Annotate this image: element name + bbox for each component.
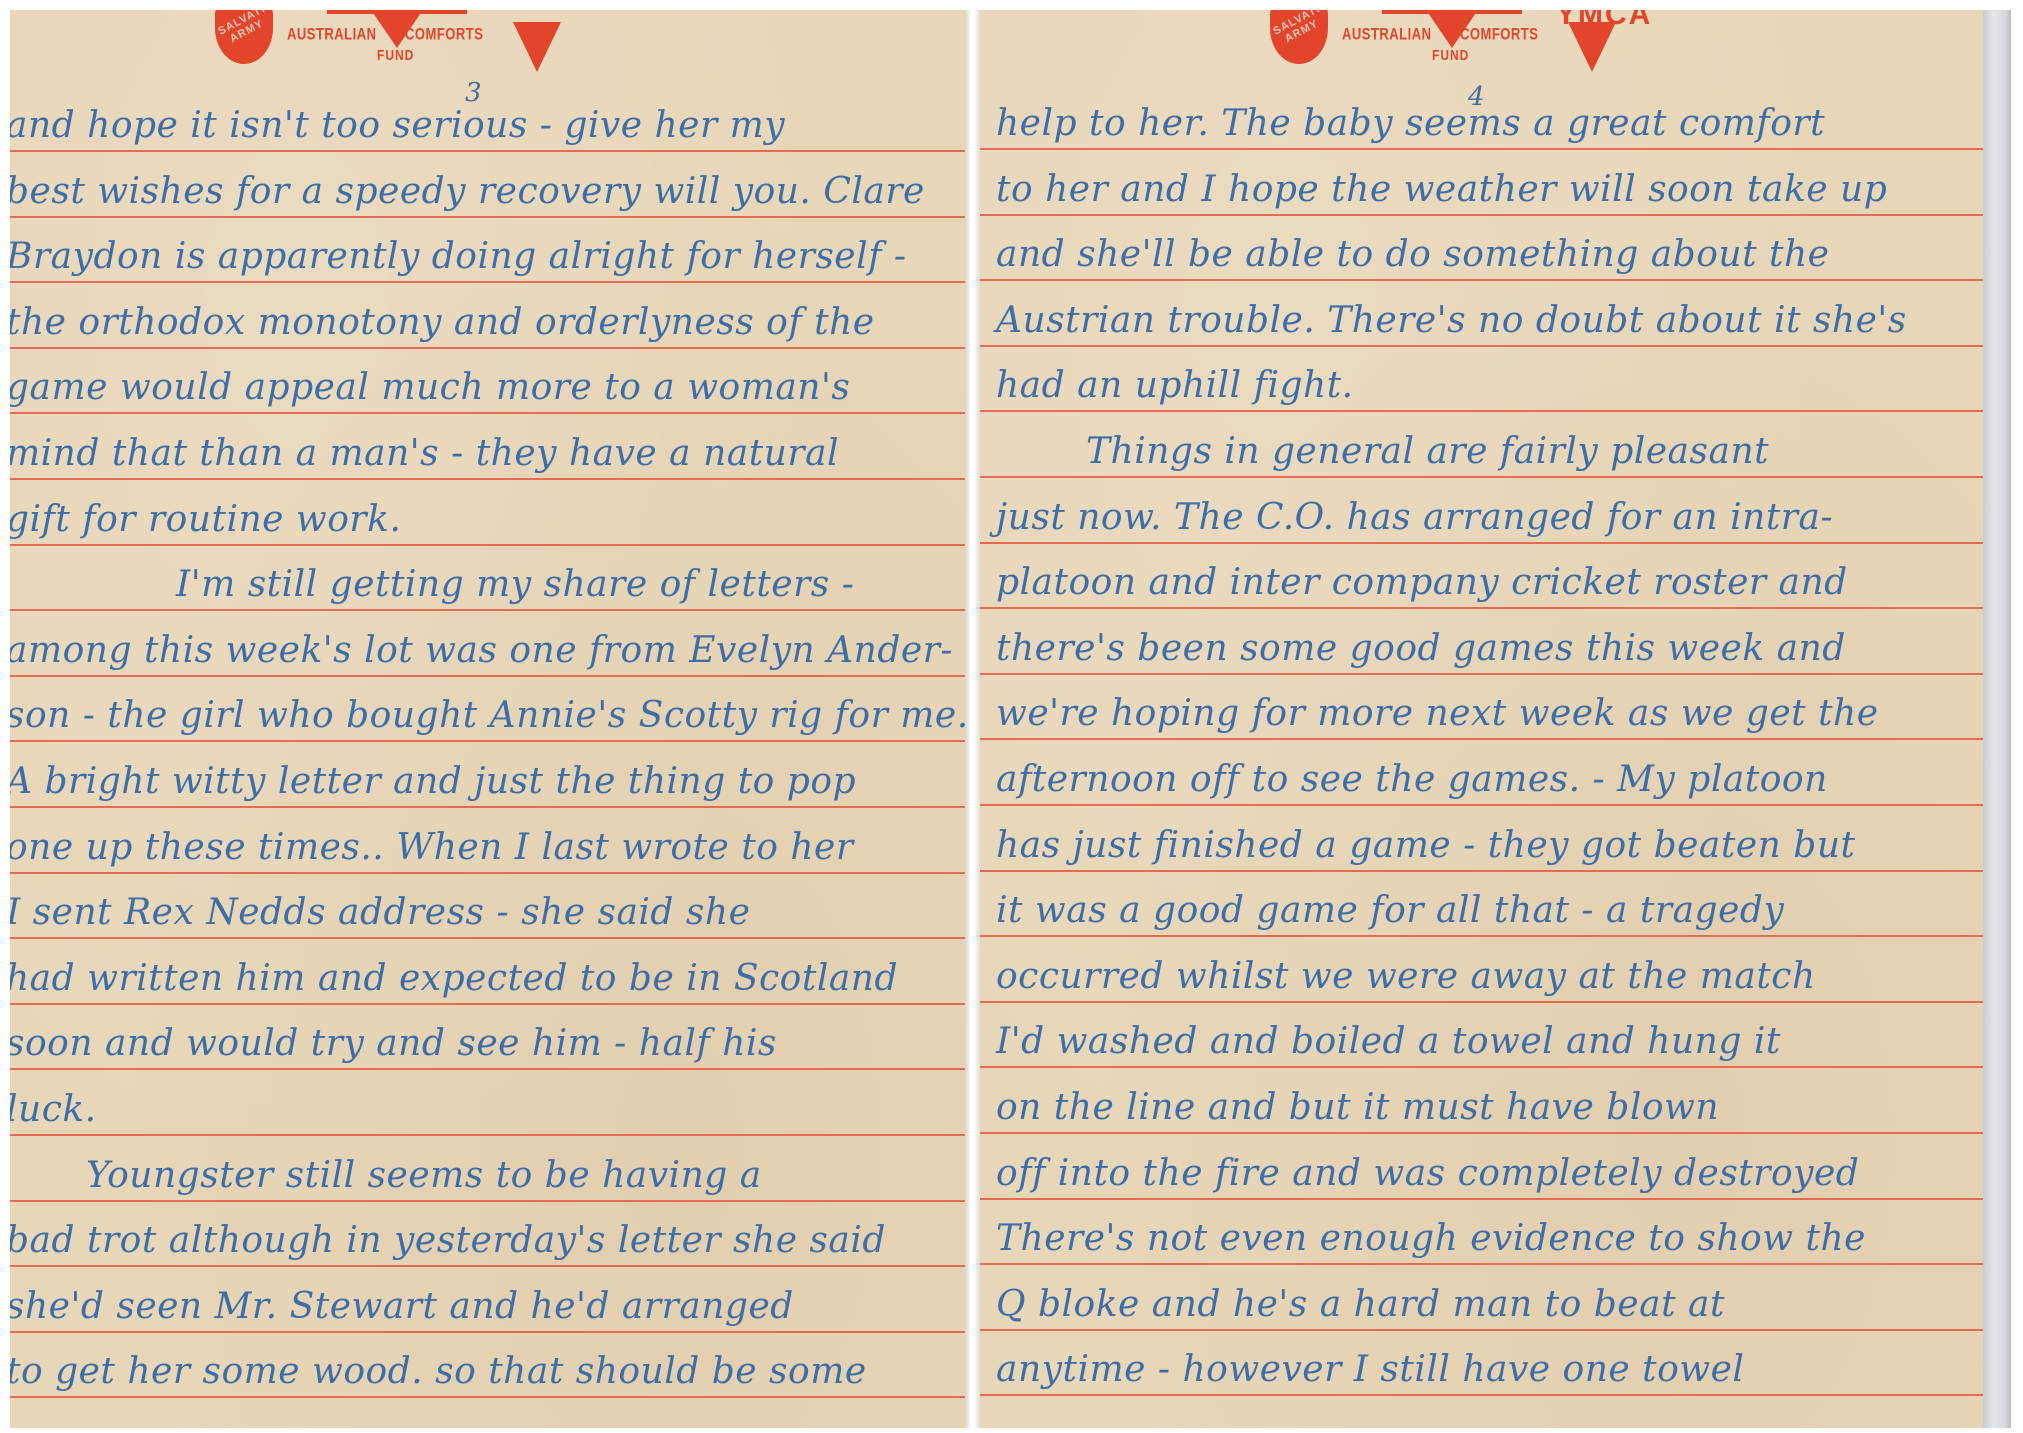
page-number: 3: [465, 78, 482, 108]
ruled-line: [980, 607, 1983, 609]
handwritten-line: Braydon is apparently doing alright for …: [10, 237, 907, 277]
ruled-line: [10, 1068, 965, 1070]
handwritten-line: I sent Rex Nedds address - she said she: [10, 893, 750, 933]
handwritten-line: to get her some wood. so that should be …: [10, 1352, 867, 1392]
ruled-line: [980, 1001, 1983, 1003]
handwritten-line: she'd seen Mr. Stewart and he'd arranged: [10, 1287, 794, 1327]
handwritten-line: Q bloke and he's a hard man to beat at: [996, 1285, 1725, 1325]
ruled-line: [10, 347, 965, 349]
letterhead: SALVATION ARMY AUSTRALIAN COMFORTS FUND …: [215, 10, 611, 74]
handwritten-line: occurred whilst we were away at the matc…: [996, 957, 1816, 997]
letterhead-fund: FUND: [377, 47, 414, 64]
handwritten-line: help to her. The baby seems a great comf…: [996, 104, 1825, 144]
ruled-line: [10, 544, 965, 546]
ymca-v-icon: [513, 22, 561, 72]
ruled-line: [980, 279, 1983, 281]
handwritten-line: afternoon off to see the games. - My pla…: [996, 760, 1828, 800]
ruled-line: [10, 412, 965, 414]
ruled-line: [10, 281, 965, 283]
ruled-line: [10, 1265, 965, 1267]
letter-page-4: SALVATION ARMY AUSTRALIAN COMFORTS FUND …: [980, 10, 1983, 1428]
ruled-line: [980, 673, 1983, 675]
ruled-line: [10, 1003, 965, 1005]
ruled-line: [10, 216, 965, 218]
handwritten-line: There's not even enough evidence to show…: [996, 1219, 1866, 1259]
ruled-line: [10, 675, 965, 677]
ruled-line: [980, 1394, 1983, 1396]
handwritten-line: has just finished a game - they got beat…: [996, 826, 1855, 866]
ruled-line: [980, 1263, 1983, 1265]
handwritten-line: and hope it isn't too serious - give her…: [10, 106, 785, 146]
ruled-line: [980, 476, 1983, 478]
ymca-logo: YMCA: [1556, 10, 1666, 74]
scanner-edge-shadow: [1983, 10, 2011, 1428]
ruled-line: [10, 609, 965, 611]
handwritten-line: soon and would try and see him - half hi…: [10, 1024, 777, 1064]
letterhead-australian: AUSTRALIAN: [1342, 24, 1432, 44]
ruled-line: [10, 740, 965, 742]
handwritten-line: we're hoping for more next week as we ge…: [996, 694, 1879, 734]
ruled-line: [980, 542, 1983, 544]
handwritten-line: son - the girl who bought Annie's Scotty…: [10, 696, 965, 736]
ruled-line: [10, 150, 965, 152]
ymca-v-icon: [1568, 22, 1616, 72]
letterhead-fund: FUND: [1432, 47, 1469, 64]
handwritten-line: among this week's lot was one from Evely…: [10, 631, 953, 671]
ruled-line: [980, 1132, 1983, 1134]
ruled-line: [980, 148, 1983, 150]
handwritten-line: there's been some good games this week a…: [996, 629, 1846, 669]
ruled-line: [10, 1134, 965, 1136]
salvation-army-shield-icon: SALVATION ARMY: [215, 10, 273, 64]
ruled-line: [10, 806, 965, 808]
ruled-line: [980, 1329, 1983, 1331]
handwritten-line: just now. The C.O. has arranged for an i…: [996, 498, 1833, 538]
ruled-line: [980, 870, 1983, 872]
handwritten-line: had an uphill fight.: [996, 366, 1354, 406]
ruled-line: [10, 937, 965, 939]
handwritten-line: platoon and inter company cricket roster…: [996, 563, 1848, 603]
handwritten-line: luck.: [10, 1090, 97, 1130]
handwritten-line: I'd washed and boiled a towel and hung i…: [996, 1022, 1781, 1062]
page-gutter: [965, 10, 980, 1428]
ruled-line: [980, 410, 1983, 412]
handwritten-line: game would appeal much more to a woman's: [10, 368, 850, 408]
ruled-line: [10, 1200, 965, 1202]
ymca-logo: YMCA: [501, 10, 611, 74]
handwritten-line: had written him and expected to be in Sc…: [10, 959, 898, 999]
shield-label: SALVATION ARMY: [1271, 10, 1326, 48]
handwritten-line: Youngster still seems to be having a: [86, 1156, 762, 1196]
handwritten-line: off into the fire and was completely des…: [996, 1154, 1859, 1194]
shield-label: SALVATION ARMY: [216, 10, 271, 48]
letterhead-comforts: COMFORTS: [405, 24, 483, 44]
salvation-army-shield-icon: SALVATION ARMY: [1270, 10, 1328, 64]
ruled-line: [980, 935, 1983, 937]
comforts-fund-logo: AUSTRALIAN COMFORTS FUND: [287, 10, 487, 70]
handwritten-line: it was a good game for all that - a trag…: [996, 891, 1784, 931]
handwritten-line: the orthodox monotony and orderlyness of…: [10, 303, 875, 343]
ruled-line: [980, 214, 1983, 216]
ruled-line: [980, 804, 1983, 806]
handwritten-line: on the line and but it must have blown: [996, 1088, 1719, 1128]
ruled-line: [10, 872, 965, 874]
handwritten-line: one up these times.. When I last wrote t…: [10, 828, 854, 868]
ruled-line: [980, 1066, 1983, 1068]
handwritten-line: Austrian trouble. There's no doubt about…: [996, 301, 1907, 341]
handwritten-line: anytime - however I still have one towel: [996, 1350, 1744, 1390]
handwritten-line: I'm still getting my share of letters -: [176, 565, 854, 605]
ruled-line: [10, 478, 965, 480]
handwritten-line: A bright witty letter and just the thing…: [10, 762, 856, 802]
ruled-line: [10, 1396, 965, 1398]
handwritten-line: gift for routine work.: [10, 500, 401, 540]
handwritten-line: mind that than a man's - they have a nat…: [10, 434, 839, 474]
ruled-line: [980, 1198, 1983, 1200]
letter-page-3: SALVATION ARMY AUSTRALIAN COMFORTS FUND …: [10, 10, 965, 1428]
letterhead-australian: AUSTRALIAN: [287, 24, 377, 44]
handwritten-line: bad trot although in yesterday's letter …: [10, 1221, 886, 1261]
handwritten-line: best wishes for a speedy recovery will y…: [10, 172, 925, 212]
ruled-line: [980, 738, 1983, 740]
ruled-line: [980, 345, 1983, 347]
letterhead: SALVATION ARMY AUSTRALIAN COMFORTS FUND …: [1270, 10, 1666, 74]
comforts-fund-logo: AUSTRALIAN COMFORTS FUND: [1342, 10, 1542, 70]
handwritten-line: and she'll be able to do something about…: [996, 235, 1829, 275]
letterhead-comforts: COMFORTS: [1460, 24, 1538, 44]
handwritten-line: Things in general are fairly pleasant: [1086, 432, 1769, 472]
handwritten-line: to her and I hope the weather will soon …: [996, 170, 1887, 210]
ruled-line: [10, 1331, 965, 1333]
